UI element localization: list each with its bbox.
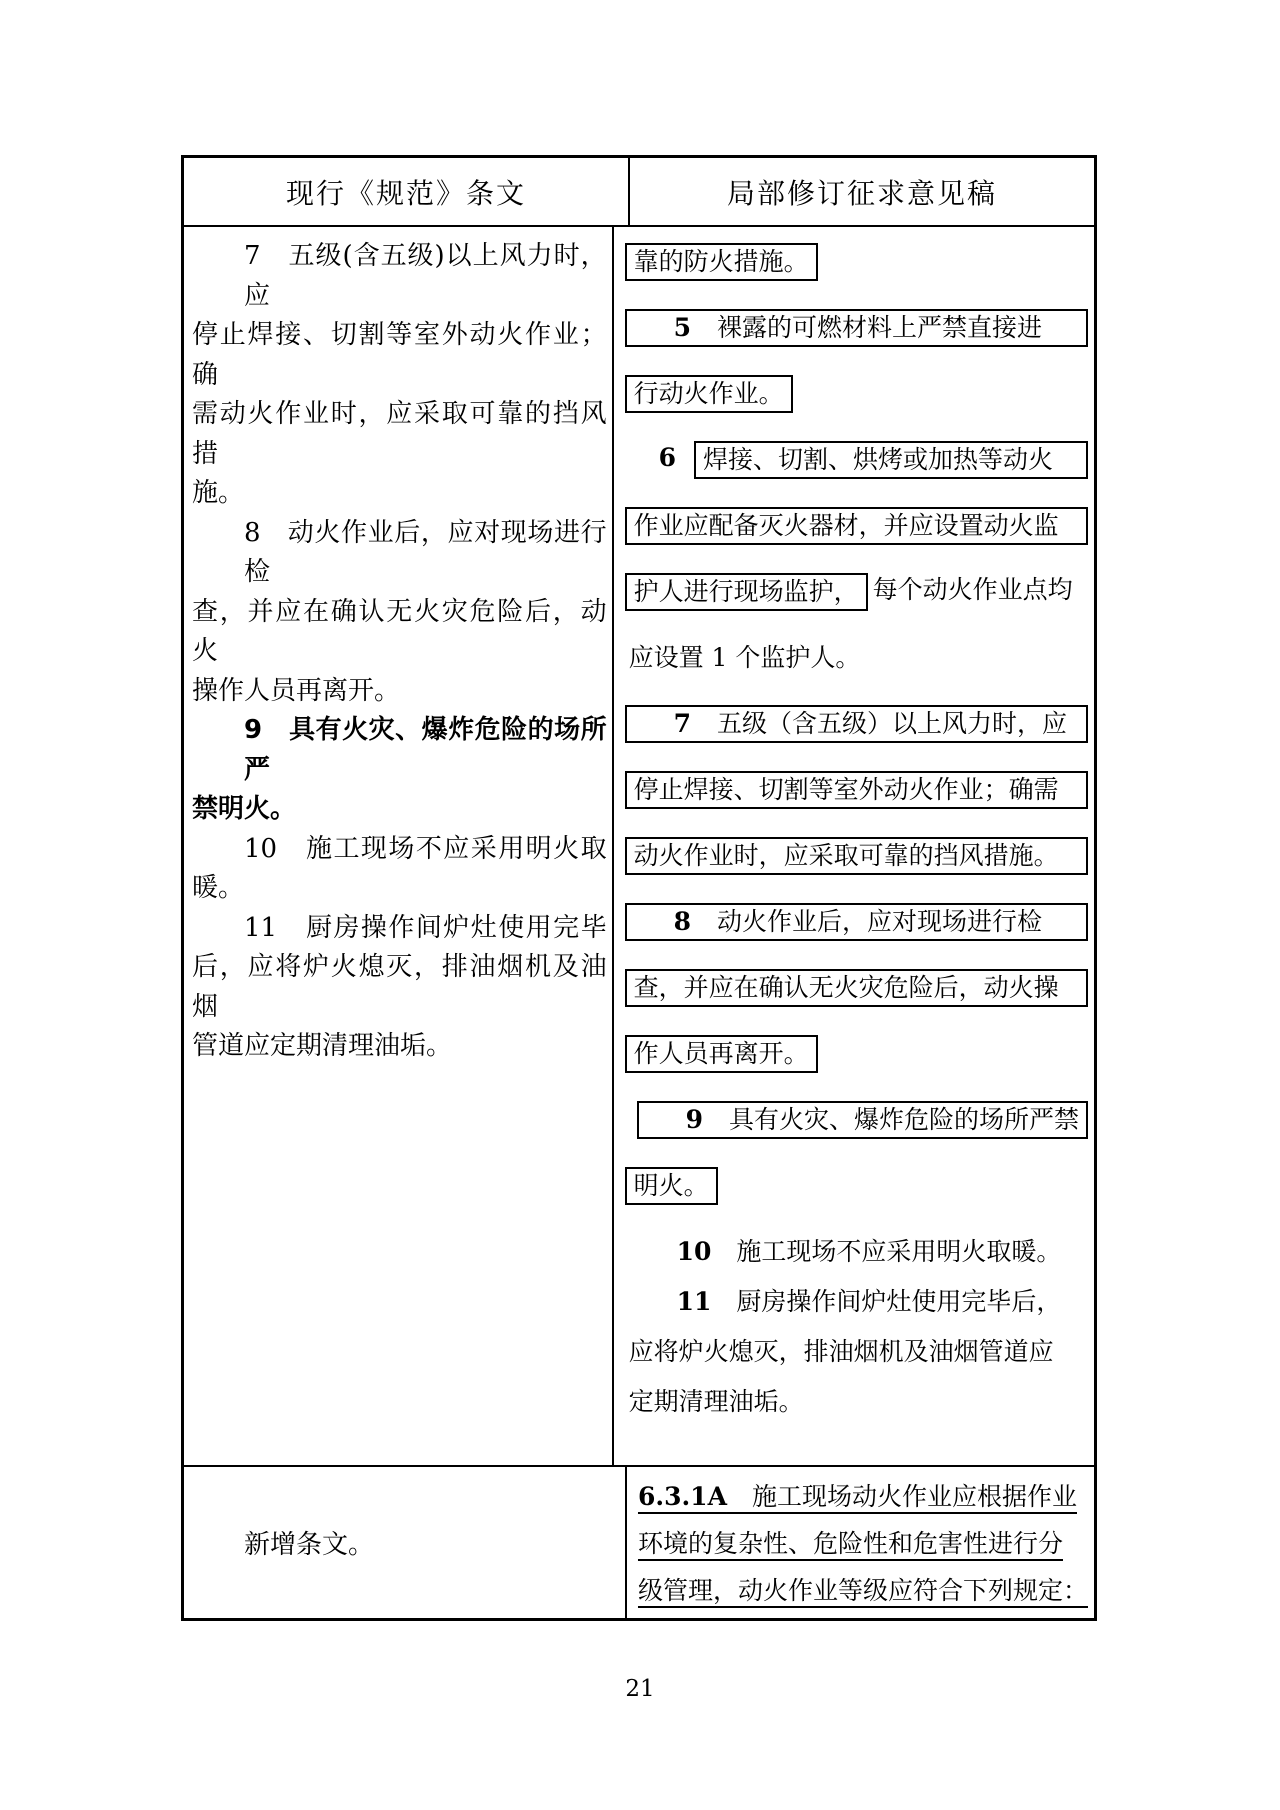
revision-line: 动火作业时，应采取可靠的挡风措施。 — [625, 837, 1088, 875]
revision-line: 作人员再离开。 — [625, 1035, 1088, 1073]
table-main-row: 7 五级(含五级)以上风力时，应停止焊接、切割等室外动火作业；确需动火作业时，应… — [184, 227, 1094, 1465]
revision-box: 9具有火灾、爆炸危险的场所严禁 — [637, 1101, 1088, 1139]
revision-text: 应将炉火熄灭，排油烟机及油烟管道应 — [625, 1333, 1058, 1371]
revision-draft-cell: 靠的防火措施。5裸露的可燃材料上严禁直接进行动火作业。6焊接、切割、烘烤或加热等… — [614, 227, 1094, 1465]
code-text-line: 禁明火。 — [192, 790, 607, 830]
code-text-line: 查，并应在确认无火灾危险后，动火 — [192, 593, 607, 672]
clause-line: 6.3.1A 施工现场动火作业应根据作业 — [638, 1473, 1088, 1520]
code-text-line: 管道应定期清理油垢。 — [192, 1027, 607, 1067]
revision-line: 应设置 1 个监护人。 — [625, 639, 1088, 677]
item-number: 11 — [677, 1287, 712, 1316]
item-number: 9 — [686, 1105, 703, 1134]
item-number: 6 — [659, 441, 676, 479]
current-code-cell: 7 五级(含五级)以上风力时，应停止焊接、切割等室外动火作业；确需动火作业时，应… — [184, 227, 614, 1465]
revision-line: 11 厨房操作间炉灶使用完毕后， — [625, 1283, 1088, 1321]
revision-box: 7五级（含五级）以上风力时，应 — [625, 705, 1088, 743]
revision-line: 定期清理油垢。 — [625, 1383, 1088, 1421]
revision-text: 定期清理油垢。 — [625, 1383, 808, 1421]
clause-number: 6.3.1A — [638, 1482, 727, 1511]
revision-box: 靠的防火措施。 — [625, 243, 818, 281]
revision-line: 9具有火灾、爆炸危险的场所严禁 — [625, 1101, 1088, 1139]
code-text-line: 后，应将炉火熄灭，排油烟机及油烟 — [192, 948, 607, 1027]
code-text-line: 操作人员再离开。 — [192, 672, 607, 712]
revision-box: 停止焊接、切割等室外动火作业；确需 — [625, 771, 1088, 809]
revision-line: 停止焊接、切割等室外动火作业；确需 — [625, 771, 1088, 809]
revision-line: 行动火作业。 — [625, 375, 1088, 413]
item-number: 5 — [674, 313, 691, 342]
revision-line: 查，并应在确认无火灾危险后，动火操 — [625, 969, 1088, 1007]
clause-line: 环境的复杂性、危险性和危害性进行分 — [638, 1520, 1088, 1567]
revision-line: 明火。 — [625, 1167, 1088, 1205]
code-text-line: 10 施工现场不应采用明火取 — [192, 830, 607, 870]
revision-box: 明火。 — [625, 1167, 718, 1205]
new-clause-label: 新增条文。 — [192, 1524, 374, 1561]
revision-box: 5裸露的可燃材料上严禁直接进 — [625, 309, 1088, 347]
code-text-line: 7 五级(含五级)以上风力时，应 — [192, 237, 607, 316]
revision-line: 7五级（含五级）以上风力时，应 — [625, 705, 1088, 743]
header-current-code: 现行《规范》条文 — [184, 158, 630, 225]
revision-line: 应将炉火熄灭，排油烟机及油烟管道应 — [625, 1333, 1088, 1371]
page-number: 21 — [0, 1676, 1280, 1702]
item-number: 10 — [677, 1237, 712, 1266]
clause-line: 级管理，动火作业等级应符合下列规定： — [638, 1567, 1088, 1614]
code-text-line: 停止焊接、切割等室外动火作业；确 — [192, 316, 607, 395]
new-clause-row: 新增条文。 6.3.1A 施工现场动火作业应根据作业环境的复杂性、危险性和危害性… — [184, 1465, 1094, 1618]
revision-text: 11 厨房操作间炉灶使用完毕后， — [625, 1283, 1066, 1321]
header-revision-draft: 局部修订征求意见稿 — [630, 158, 1094, 225]
revision-line: 6焊接、切割、烘烤或加热等动火 — [625, 441, 1088, 479]
comparison-table: 现行《规范》条文 局部修订征求意见稿 7 五级(含五级)以上风力时，应停止焊接、… — [181, 155, 1097, 1621]
revision-box: 作人员再离开。 — [625, 1035, 818, 1073]
revision-box: 护人进行现场监护， — [625, 573, 868, 611]
revision-box: 查，并应在确认无火灾危险后，动火操 — [625, 969, 1088, 1007]
revision-box: 作业应配备灭火器材，并应设置动火监 — [625, 507, 1088, 545]
revision-text: 应设置 1 个监护人。 — [625, 639, 865, 677]
revision-line: 10 施工现场不应采用明火取暖。 — [625, 1233, 1088, 1271]
revision-box: 8动火作业后，应对现场进行检 — [625, 903, 1088, 941]
code-text-line: 需动火作业时，应采取可靠的挡风措 — [192, 395, 607, 474]
revision-box: 动火作业时，应采取可靠的挡风措施。 — [625, 837, 1088, 875]
new-clause-content-cell: 6.3.1A 施工现场动火作业应根据作业环境的复杂性、危险性和危害性进行分级管理… — [627, 1467, 1094, 1618]
item-number: 7 — [674, 709, 691, 738]
code-text-line: 施。 — [192, 474, 607, 514]
revision-text: 每个动火作业点均 — [873, 573, 1073, 611]
item-number: 8 — [674, 907, 691, 936]
revision-line: 5裸露的可燃材料上严禁直接进 — [625, 309, 1088, 347]
revision-line: 作业应配备灭火器材，并应设置动火监 — [625, 507, 1088, 545]
revision-text: 10 施工现场不应采用明火取暖。 — [625, 1233, 1066, 1271]
revision-line: 护人进行现场监护，每个动火作业点均 — [625, 573, 1088, 611]
code-text-line: 暖。 — [192, 869, 607, 909]
code-text-line: 8 动火作业后，应对现场进行检 — [192, 514, 607, 593]
new-clause-label-cell: 新增条文。 — [184, 1467, 627, 1618]
revision-line: 8动火作业后，应对现场进行检 — [625, 903, 1088, 941]
table-header-row: 现行《规范》条文 局部修订征求意见稿 — [184, 158, 1094, 227]
code-text-line: 9 具有火灾、爆炸危险的场所严 — [192, 711, 607, 790]
revision-box: 焊接、切割、烘烤或加热等动火 — [694, 441, 1088, 479]
revision-line: 靠的防火措施。 — [625, 243, 1088, 281]
code-text-line: 11 厨房操作间炉灶使用完毕 — [192, 909, 607, 949]
document-page: 现行《规范》条文 局部修订征求意见稿 7 五级(含五级)以上风力时，应停止焊接、… — [0, 0, 1280, 1810]
revision-box: 行动火作业。 — [625, 375, 793, 413]
